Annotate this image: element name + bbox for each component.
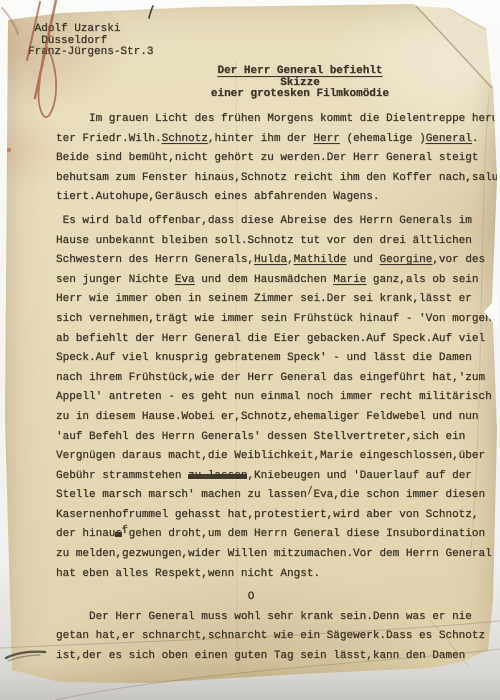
typed-text: ganz,als ob sein <box>366 274 478 286</box>
hand-correction: f <box>121 522 130 542</box>
paragraph: Es wird bald offenbar,dass diese Abreise… <box>56 212 500 584</box>
typed-line: Beide sind bemüht,nicht gehört zu werden… <box>56 149 500 169</box>
typed-line: nach ihrem Frühstück,wie der Herr Genera… <box>56 369 500 389</box>
typed-text: behutsam zum Fenster hinaus,Schnotz reic… <box>56 172 498 184</box>
paragraph: Im grauen Licht des frühen Morgens kommt… <box>56 110 500 208</box>
typed-text: ab befiehlt der Herr General die Eier ge… <box>56 333 485 345</box>
typed-text: Kasernenhofrummel gehasst hat,protestier… <box>56 509 478 521</box>
typed-line: zu in diesem Hause.Wobei er,Schnotz,ehem… <box>56 408 500 428</box>
typed-text: sich vernehmen,trägt wie immer sein Früh… <box>56 313 492 325</box>
typed-line: 'auf Befehl des Herrn Generals' dessen S… <box>56 428 500 448</box>
typed-text: ter Friedr.Wilh. <box>56 133 162 145</box>
typed-line: hat eben alles Respekt,wenn nicht Angst. <box>56 565 500 585</box>
typed-line: sich vernehmen,trägt wie immer sein Früh… <box>56 310 500 330</box>
author-street: Franz-Jürgens-Str.3 <box>28 47 153 59</box>
typed-line: Vergnügen daraus macht,die Weiblichkeit,… <box>56 447 500 467</box>
typed-text: ,hinter ihm der <box>208 133 314 145</box>
typed-text: Hause unbekannt bleiben soll.Schnotz tut… <box>56 235 472 247</box>
underlined-name: Georgine <box>380 254 433 266</box>
typed-line: sen junger Nichte Eva und dem Hausmädche… <box>56 271 500 291</box>
typed-text: zu in diesem Hause.Wobei er,Schnotz,ehem… <box>56 411 478 423</box>
typed-text: Herr wie immer oben in seinem Zimmer sei… <box>56 293 472 305</box>
typed-line: Hause unbekannt bleiben soll.Schnotz tut… <box>56 232 500 252</box>
typed-text: ,Kniebeugen und 'Dauerlauf auf der <box>247 470 471 482</box>
typed-line: Stelle marsch marsch' machen zu lassen/E… <box>56 486 500 506</box>
underlined-name: General <box>426 133 472 145</box>
typed-line: zu melden,gezwungen,wider Willen mitzuma… <box>56 545 500 565</box>
typed-text: zu melden,gezwungen,wider Willen mitzuma… <box>56 548 492 560</box>
typed-line: getan hat,er schnarcht,schnarcht wie ein… <box>56 627 500 647</box>
typed-line: Im grauen Licht des frühen Morgens kommt… <box>56 110 500 130</box>
underlined-name: Marie <box>333 274 366 286</box>
typed-text: ,vor des <box>432 254 485 266</box>
underlined-name: Herr <box>313 133 339 145</box>
typed-text: Eva,die schon immer diesen <box>313 489 485 501</box>
underlined-name: Eva <box>175 274 195 286</box>
typed-text: Gebühr strammstehen <box>56 470 188 482</box>
typed-text: . <box>472 133 479 145</box>
typed-text: (ehemalige ) <box>340 133 426 145</box>
typed-text: und dem Hausmädchen <box>195 274 334 286</box>
typed-text: getan hat,er schnarcht,schnarcht wie ein… <box>56 630 485 642</box>
typed-line: ab befiehlt der Herr General die Eier ge… <box>56 330 500 350</box>
typed-text: der hinau <box>56 528 115 540</box>
typed-line: ist,der es sich oben einen guten Tag sei… <box>56 647 500 667</box>
underlined-name: Schnotz <box>162 133 208 145</box>
photo-of-manuscript: { "header": { "lines": [" Adolf Uzarski"… <box>0 0 500 700</box>
typed-text: ist,der es sich oben einen guten Tag sei… <box>56 650 465 662</box>
typed-text: nach ihrem Frühstück,wie der Herr Genera… <box>56 372 485 384</box>
work-title: Der Herr General befiehlt <box>100 66 500 78</box>
typed-line: behutsam zum Fenster hinaus,Schnotz reic… <box>56 169 500 189</box>
typed-text: Schwestern des Herrn Generals, <box>56 254 254 266</box>
paragraph: Der Herr General muss wohl sehr krank se… <box>56 608 500 667</box>
manuscript-page: Adolf Uzarski Düsseldorf Franz-Jürgens-S… <box>0 0 500 700</box>
typed-text: Im grauen Licht des frühen Morgens kommt… <box>56 113 500 125</box>
typed-line: Speck.Auf viel knusprig gebratenem Speck… <box>56 349 500 369</box>
underlined-name: Mathilde <box>294 254 347 266</box>
typed-body: Im grauen Licht des frühen Morgens kommt… <box>56 110 500 667</box>
typed-line: Appell' antreten - es geht nun einmal no… <box>56 388 500 408</box>
typed-text: Appell' antreten - es geht nun einmal no… <box>56 391 492 403</box>
typed-text: Speck.Auf viel knusprig gebratenem Speck… <box>56 352 472 364</box>
typed-line: Herr wie immer oben in seinem Zimmer sei… <box>56 290 500 310</box>
typed-text: tiert.Autohupe,Geräusch eines abfahrende… <box>56 191 379 203</box>
title-block: Der Herr General befiehlt Skizze einer g… <box>100 66 500 101</box>
typed-text: 'auf Befehl des Herrn Generals' dessen S… <box>56 431 465 443</box>
author-address-block: Adolf Uzarski Düsseldorf Franz-Jürgens-S… <box>28 24 153 59</box>
typed-line: Schwestern des Herrn Generals,Hulda,Math… <box>56 251 500 271</box>
typed-line: der hinausfgehen droht,um dem Herrn Gene… <box>56 525 500 545</box>
work-subtitle-2: einer grotesken Filmkomödie <box>100 89 500 101</box>
typed-text: hat eben alles Respekt,wenn nicht Angst. <box>56 568 320 580</box>
typed-text: gehen droht,um dem Herrn General diese I… <box>129 528 485 540</box>
typed-line: tiert.Autohupe,Geräusch eines abfahrende… <box>56 188 500 208</box>
typed-text: und <box>346 254 379 266</box>
typed-line: Gebühr strammstehen zu lassen,Kniebeugen… <box>56 467 500 487</box>
author-name: Adolf Uzarski <box>28 24 153 36</box>
typed-text: Beide sind bemüht,nicht gehört zu werden… <box>56 152 478 164</box>
underlined-name: Hulda <box>254 254 287 266</box>
typed-text: Vergnügen daraus macht,die Weiblichkeit,… <box>56 450 485 462</box>
typed-line: ter Friedr.Wilh.Schnotz,hinter ihm der H… <box>56 130 500 150</box>
typed-text: Der Herr General muss wohl sehr krank se… <box>56 611 472 623</box>
typed-text: , <box>287 254 294 266</box>
typed-text: Es wird bald offenbar,dass diese Abreise… <box>56 215 472 227</box>
struck-text: zu lassen <box>188 470 247 482</box>
typed-line: Es wird bald offenbar,dass diese Abreise… <box>56 212 500 232</box>
typed-text: Stelle marsch marsch' machen zu lassen <box>56 489 307 501</box>
typed-text: sen junger Nichte <box>56 274 175 286</box>
section-divider: O <box>56 588 446 608</box>
typed-line: Der Herr General muss wohl sehr krank se… <box>56 608 500 628</box>
